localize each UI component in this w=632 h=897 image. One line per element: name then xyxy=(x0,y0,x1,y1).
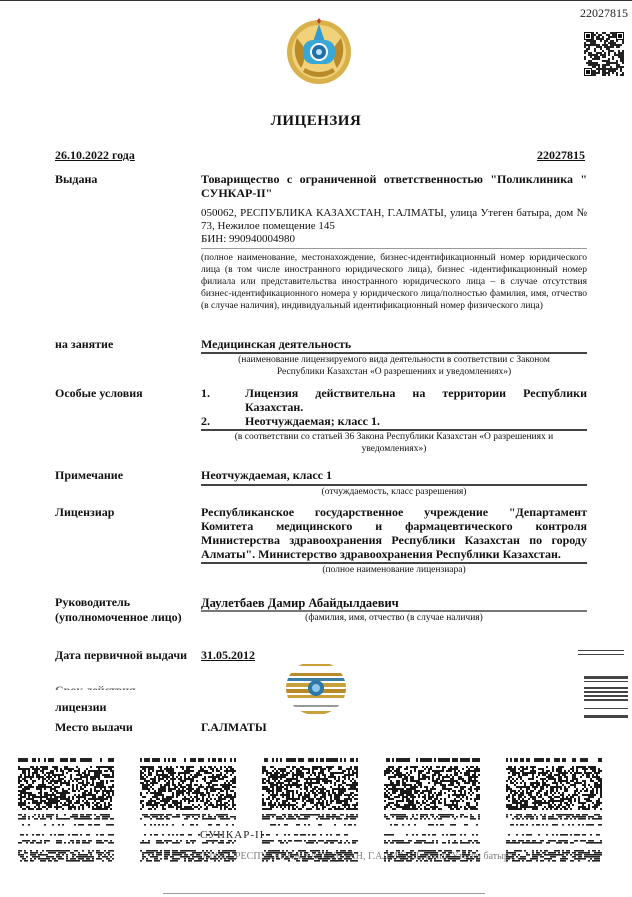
issued-to-address: 050062, РЕСПУБЛИКА КАЗАХСТАН, Г.АЛМАТЫ, … xyxy=(201,207,587,246)
place-label: Место выдачи xyxy=(55,720,133,735)
address-line: 050062, РЕСПУБЛИКА КАЗАХСТАН, Г.АЛМАТЫ, … xyxy=(201,207,587,232)
divider xyxy=(201,248,587,249)
head-value: Даулетбаев Дамир Абайдылдаевич xyxy=(201,596,587,610)
special-conditions-label: Особые условия xyxy=(55,386,143,401)
license-number: 22027815 xyxy=(537,148,585,163)
activity-hint: (наименование лицензируемого вида деятел… xyxy=(201,354,587,378)
issued-to-name: Товарищество с ограниченной ответственно… xyxy=(201,172,587,200)
qr-code-icon xyxy=(384,758,480,866)
top-border xyxy=(0,0,632,1)
special-conditions-hint: (в соответствии со статьей 36 Закона Рес… xyxy=(201,431,587,455)
qr-code-icon xyxy=(18,758,114,866)
special-conditions-list: 1. Лицензия действительна на территории … xyxy=(201,386,587,428)
stamp-text-fragment xyxy=(578,648,628,738)
bin: БИН: 990940004980 xyxy=(201,233,295,245)
overlay-fragment: 050062, РЕСПУБЛИКА КАЗАХСТАН, Г.АЛМАТЫ, … xyxy=(200,851,516,862)
licensor-label: Лицензиар xyxy=(55,505,114,520)
note-label: Примечание xyxy=(55,468,123,483)
document-title: ЛИЦЕНЗИЯ xyxy=(0,113,632,130)
validity-label-line2: лицензии xyxy=(55,700,106,715)
overlay-fragment: СУНКАР-II xyxy=(200,829,264,841)
note-value: Неотчуждаемая, класс 1 xyxy=(201,468,587,482)
head-hint: (фамилия, имя, отчество (в случае наличи… xyxy=(201,612,587,624)
seal-icon xyxy=(284,660,348,716)
issued-to-label: Выдана xyxy=(55,172,97,187)
condition-item: 1. Лицензия действительна на территории … xyxy=(201,386,587,414)
qr-code-icon xyxy=(140,758,236,866)
licensor-value: Республиканское государственное учрежден… xyxy=(201,505,587,561)
licensor-hint: (полное наименование лицензиара) xyxy=(201,564,587,576)
qr-code-icon xyxy=(584,32,624,76)
issue-date: 26.10.2022 года xyxy=(55,148,135,163)
activity-label: на занятие xyxy=(55,337,113,352)
issued-to-hint: (полное наименование, местонахождение, б… xyxy=(201,252,587,312)
note-hint: (отчуждаемость, класс разрешения) xyxy=(201,486,587,498)
kazakhstan-emblem-icon xyxy=(285,18,353,86)
qr-code-icon xyxy=(262,758,358,866)
divider xyxy=(163,893,485,894)
condition-item: 2. Неотчуждаемая; класс 1. xyxy=(201,414,587,428)
head-label: Руководитель (уполномоченное лицо) xyxy=(55,595,182,625)
activity-value: Медицинская деятельность xyxy=(201,337,587,351)
document-number-top: 22027815 xyxy=(580,6,628,21)
place-value: Г.АЛМАТЫ xyxy=(201,720,267,735)
first-issue-label: Дата первичной выдачи xyxy=(55,648,187,663)
qr-code-icon xyxy=(506,758,602,866)
validity-label: Срок действия xyxy=(55,683,136,698)
first-issue-value: 31.05.2012 xyxy=(201,648,255,663)
